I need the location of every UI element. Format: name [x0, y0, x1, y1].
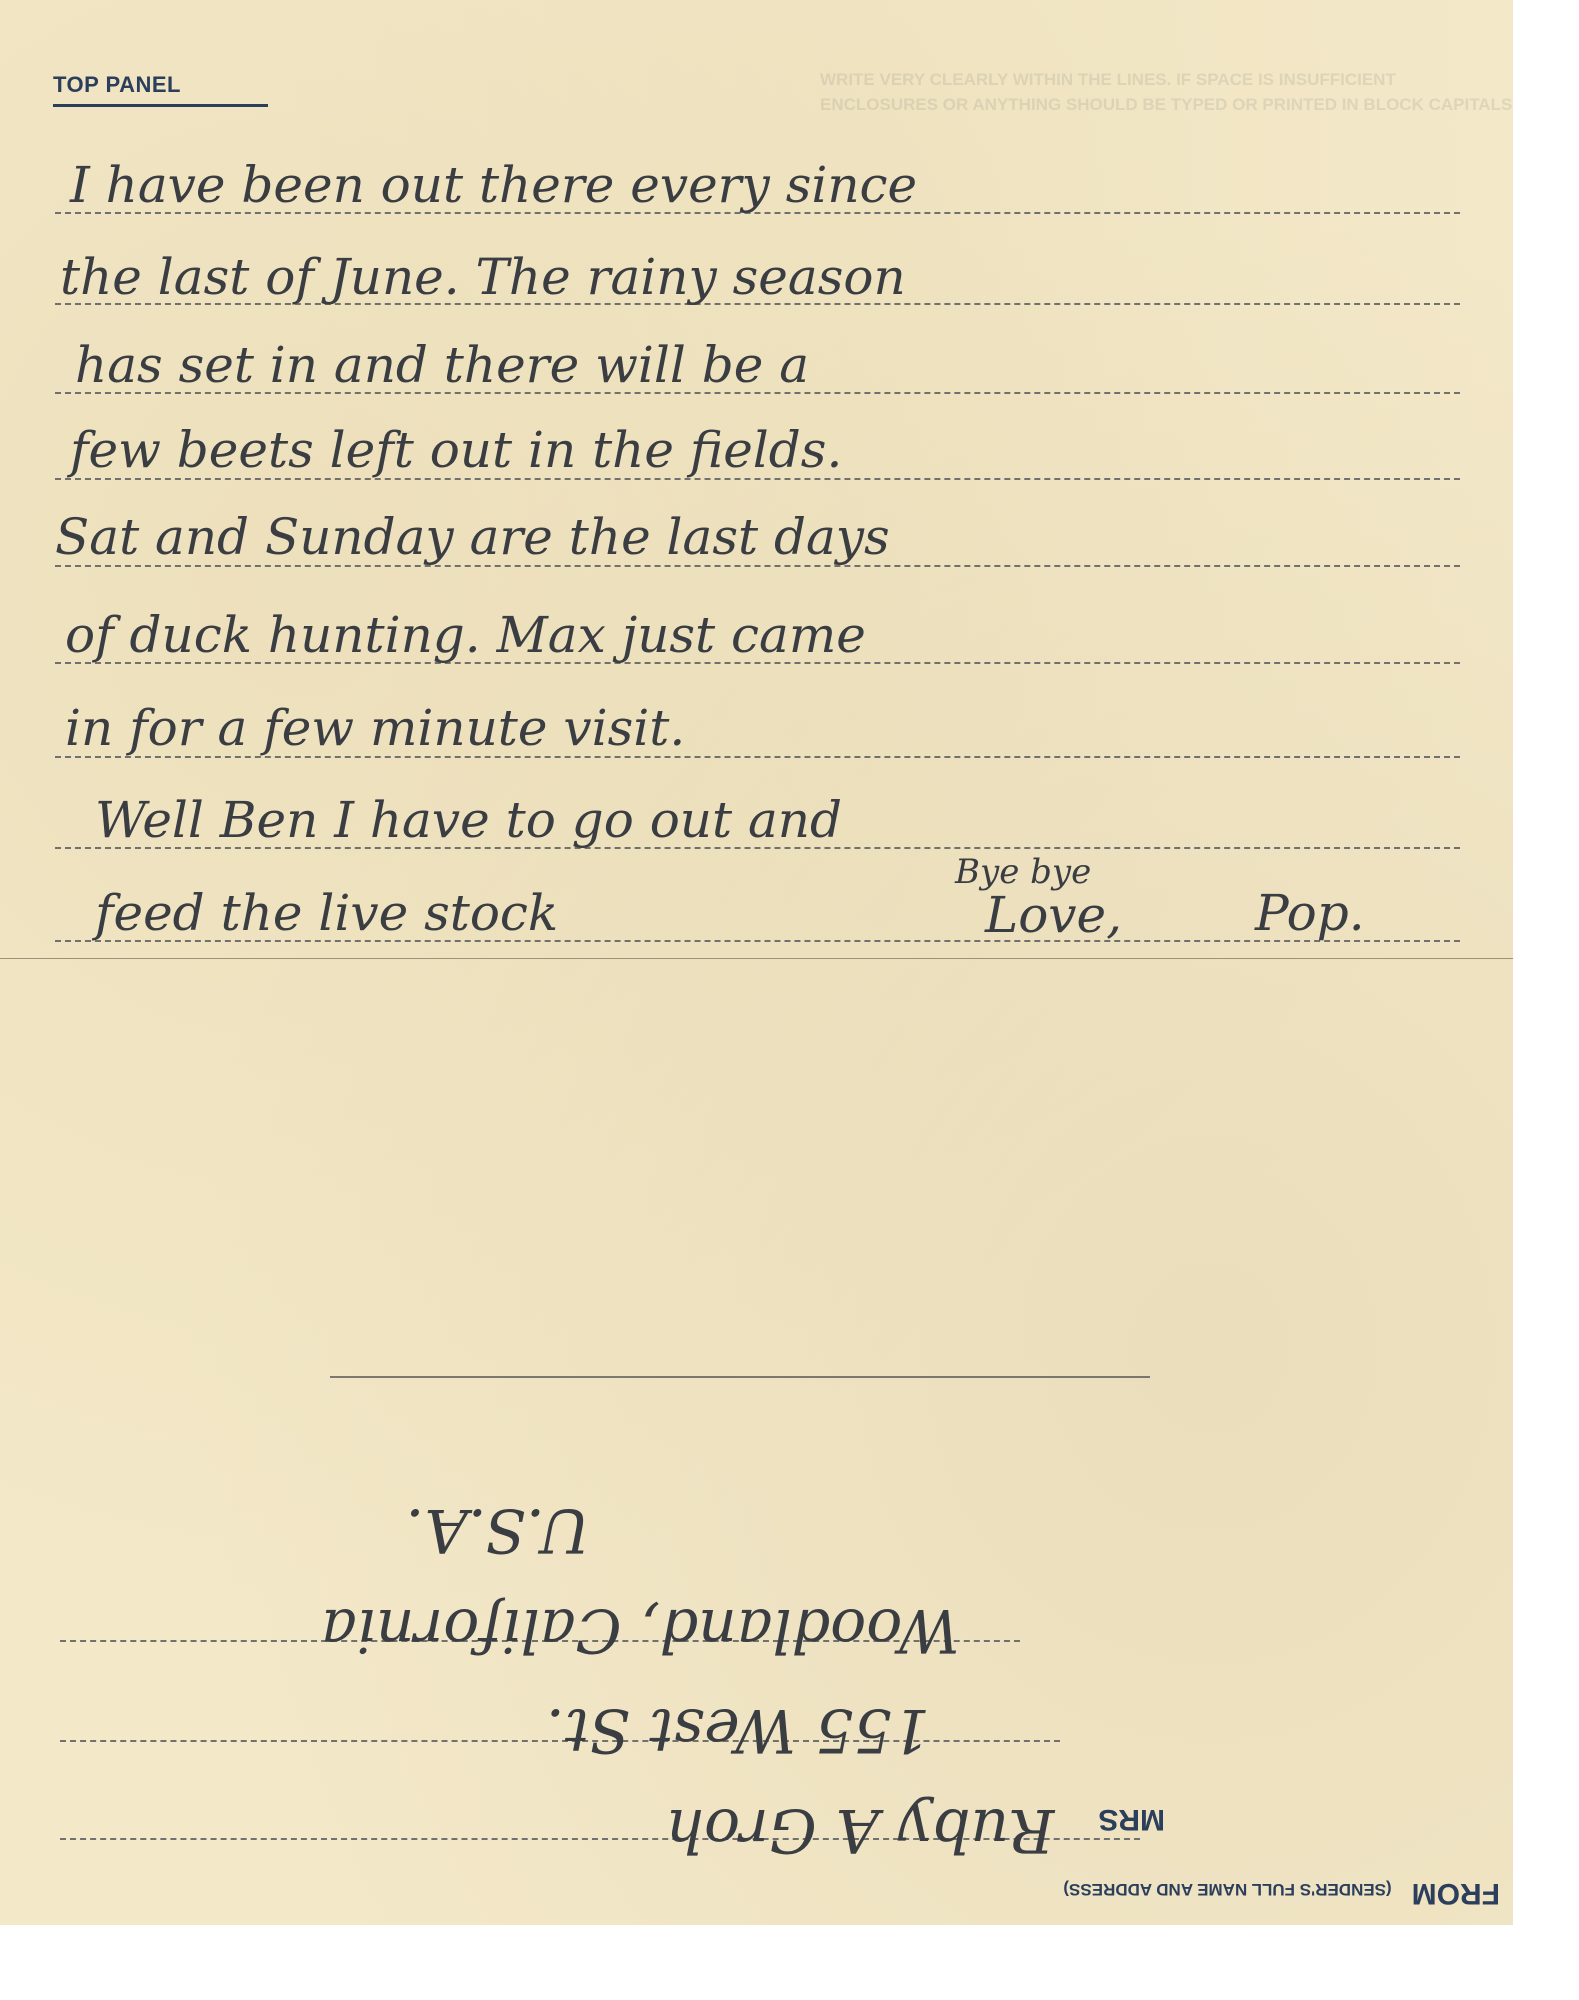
show-through-instructions-2: ENCLOSURES OR ANYTHING SHOULD BE TYPED O… — [820, 95, 1512, 115]
from-label: FROM — [1412, 1877, 1500, 1910]
letter-line-9: feed the live stock — [95, 888, 558, 938]
sender-street: 155 West St. — [546, 1695, 930, 1765]
letter-line-3: has set in and there will be a — [75, 340, 809, 390]
from-label-block: FROM (SENDER'S FULL NAME AND ADDRESS) — [640, 1870, 1500, 1910]
sender-title: MRS — [1098, 1803, 1165, 1836]
address-divider-line — [330, 1376, 1150, 1378]
top-panel-label: TOP PANEL — [53, 72, 181, 98]
sender-city-state: Woodland, California — [321, 1595, 960, 1665]
letter-line-4: few beets left out in the fields. — [70, 425, 842, 475]
letter-line-8: Well Ben I have to go out and — [95, 795, 842, 845]
letter-line-6: of duck hunting. Max just came — [65, 610, 866, 660]
letter-line-7: in for a few minute visit. — [65, 703, 685, 753]
aerogramme-sheet: TOP PANEL WRITE VERY CLEARLY WITHIN THE … — [0, 0, 1513, 1925]
sender-address-block: MRS Ruby A Groh 155 West St. Woodland, C… — [30, 1455, 1210, 1885]
sender-name: Ruby A Groh — [665, 1795, 1054, 1865]
letter-line-5: Sat and Sunday are the last days — [55, 512, 890, 562]
letter-line-1: I have been out there every since — [70, 160, 917, 210]
signature: Pop. — [1255, 888, 1365, 938]
top-panel-underline — [53, 104, 268, 107]
show-through-instructions-1: WRITE VERY CLEARLY WITHIN THE LINES. IF … — [820, 70, 1396, 90]
sender-country: U.S.A. — [405, 1495, 590, 1565]
letter-line-2: the last of June. The rainy season — [60, 252, 906, 302]
from-sublabel: (SENDER'S FULL NAME AND ADDRESS) — [1063, 1880, 1391, 1899]
closing-bye-bye: Bye bye — [955, 855, 1091, 889]
closing-love: Love, — [985, 890, 1122, 940]
fold-line — [0, 958, 1513, 959]
